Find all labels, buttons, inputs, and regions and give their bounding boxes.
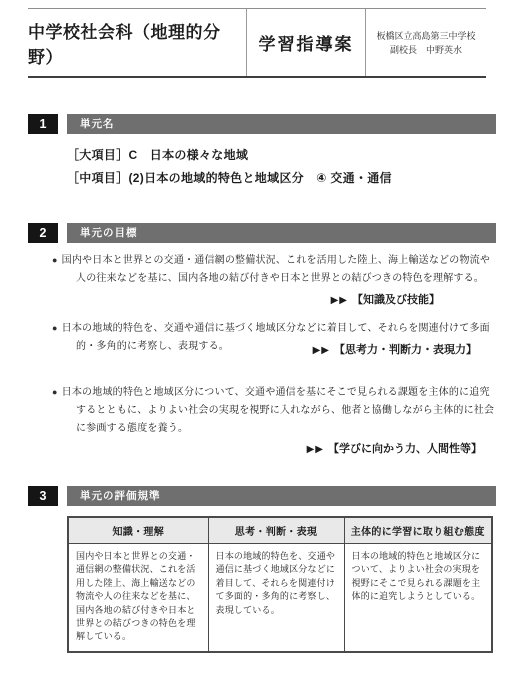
document-type-title: 学習指導案 bbox=[246, 9, 366, 76]
goal-text: ●国内や日本と世界との交通・通信網の整備状況、これを活用した陸上、海上輸送などの… bbox=[52, 251, 496, 288]
author-name: 副校長 中野英水 bbox=[390, 43, 462, 57]
double-arrow-icon: ▶▶ bbox=[331, 295, 348, 306]
column-header-attitude: 主体的に学習に取り組む態度 bbox=[344, 517, 492, 544]
school-info: 板橋区立高島第三中学校 副校長 中野英水 bbox=[366, 9, 486, 76]
bullet-icon: ● bbox=[52, 387, 58, 397]
document-header: 中学校社会科（地理的分野） 学習指導案 板橋区立高島第三中学校 副校長 中野英水 bbox=[28, 8, 486, 78]
section-2-title-bar: 単元の目標 bbox=[67, 223, 496, 243]
section-3-number-badge: 3 bbox=[28, 486, 58, 506]
goal-body: 日本の地域的特色と地域区分について、交通や通信を基にそこで見られる課題を主体的に… bbox=[62, 387, 495, 434]
section-3-header: 3 単元の評価規準 bbox=[28, 486, 496, 506]
goal-category-text: 【思考力・判断力・表現力】 bbox=[334, 344, 477, 356]
cell-knowledge: 国内や日本と世界との交通・通信網の整備状況、これを活用した陸上、海上輸送などの物… bbox=[68, 544, 208, 652]
double-arrow-icon: ▶▶ bbox=[313, 345, 330, 356]
goal-body: 国内や日本と世界との交通・通信網の整備状況、これを活用した陸上、海上輸送などの物… bbox=[62, 255, 490, 284]
unit-middle-item: ［中項目］(2)日本の地域的特色と地域区分 ④ 交通・通信 bbox=[67, 167, 496, 190]
double-arrow-icon: ▶▶ bbox=[307, 444, 324, 455]
unit-goals-list: ●国内や日本と世界との交通・通信網の整備状況、これを活用した陸上、海上輸送などの… bbox=[52, 251, 496, 456]
goal-item: ●日本の地域的特色を、交通や通信に基づく地域区分などに着目して、それらを関連付け… bbox=[52, 319, 496, 357]
goal-category-label: ▶▶【知識及び技能】 bbox=[52, 291, 496, 307]
goal-category-text: 【知識及び技能】 bbox=[352, 294, 440, 306]
goal-item: ●国内や日本と世界との交通・通信網の整備状況、これを活用した陸上、海上輸送などの… bbox=[52, 251, 496, 307]
school-name: 板橋区立高島第三中学校 bbox=[376, 29, 475, 43]
section-1-header: 1 単元名 bbox=[28, 114, 496, 134]
goal-text: ●日本の地域的特色と地域区分について、交通や通信を基にそこで見られる課題を主体的… bbox=[52, 383, 496, 438]
goal-item: ●日本の地域的特色と地域区分について、交通や通信を基にそこで見られる課題を主体的… bbox=[52, 383, 496, 456]
bullet-icon: ● bbox=[52, 255, 58, 265]
unit-major-item: ［大項目］C 日本の様々な地域 bbox=[67, 144, 496, 167]
section-1-number-badge: 1 bbox=[28, 114, 58, 134]
section-3-title-bar: 単元の評価規準 bbox=[67, 486, 496, 506]
bullet-icon: ● bbox=[52, 323, 58, 333]
lesson-plan-page: 中学校社会科（地理的分野） 学習指導案 板橋区立高島第三中学校 副校長 中野英水… bbox=[0, 0, 514, 686]
subject-title: 中学校社会科（地理的分野） bbox=[28, 9, 246, 76]
column-header-knowledge: 知識・理解 bbox=[68, 517, 208, 544]
section-2-number-badge: 2 bbox=[28, 223, 58, 243]
cell-thinking: 日本の地域的特色を、交通や通信に基づく地域区分などに着目して、それらを関連付けて… bbox=[208, 544, 344, 652]
table-header-row: 知識・理解 思考・判断・表現 主体的に学習に取り組む態度 bbox=[68, 517, 492, 544]
goal-category-text: 【学びに向かう力、人間性等】 bbox=[328, 443, 482, 455]
section-2-header: 2 単元の目標 bbox=[28, 223, 496, 243]
evaluation-criteria-table: 知識・理解 思考・判断・表現 主体的に学習に取り組む態度 国内や日本と世界との交… bbox=[67, 516, 493, 653]
table-row: 国内や日本と世界との交通・通信網の整備状況、これを活用した陸上、海上輸送などの物… bbox=[68, 544, 492, 652]
cell-attitude: 日本の地域的特色と地域区分について、よりよい社会の実現を視野にそこで見られる課題… bbox=[344, 544, 492, 652]
section-1-title-bar: 単元名 bbox=[67, 114, 496, 134]
goal-category-label: ▶▶【学びに向かう力、人間性等】 bbox=[52, 440, 496, 456]
column-header-thinking: 思考・判断・表現 bbox=[208, 517, 344, 544]
unit-name-block: ［大項目］C 日本の様々な地域 ［中項目］(2)日本の地域的特色と地域区分 ④ … bbox=[67, 144, 496, 190]
